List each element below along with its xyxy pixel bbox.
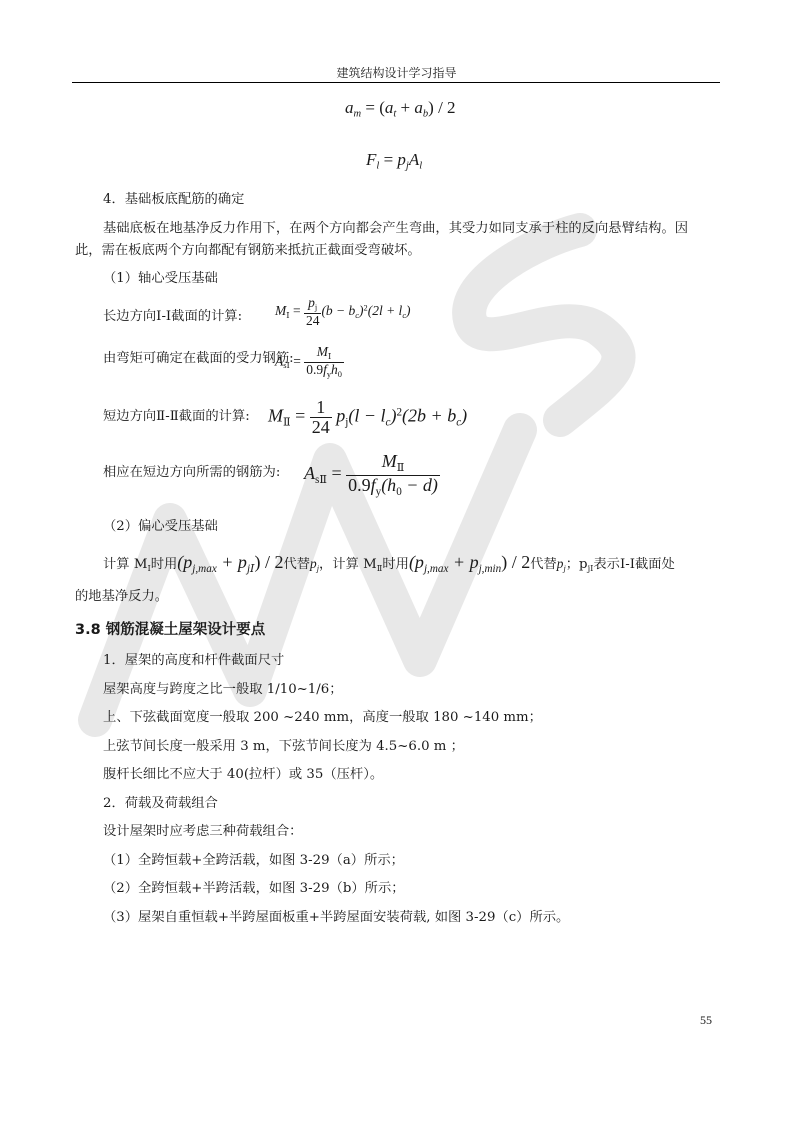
formula-m1: MⅠ = pj24(b − bc)2(2l + lc) [275,296,411,328]
paragraph-line: 上、下弦截面宽度一般取 200 ~240 mm，高度一般取 180 ~140 m… [103,709,542,727]
running-header: 建筑结构设计学习指导 [0,64,793,81]
list-item: （3）屋架自重恒载+半跨屋面板重+半跨屋面安装荷载, 如图 3-29（c）所示。 [103,909,569,927]
header-rule [72,82,720,83]
subsection-heading: 4．基础板底配筋的确定 [103,191,244,209]
paragraph-line: 屋架高度与跨度之比一般取 1/10~1/6； [103,681,343,699]
equation-am: am = (at + ab) / 2 [345,98,456,120]
formula-as1: AsⅠ = MⅠ0.9fyh0 [275,345,344,379]
paragraph-line: 的地基净反力。 [75,588,168,606]
subsection-heading: （2）偏心受压基础 [103,518,218,536]
equation-fl: Fl = pjAl [366,150,422,172]
formula-m2: MⅡ = 124 pj(l − lc)2(2b + bc) [268,398,467,437]
paragraph-line: 腹杆长细比不应大于 40(拉杆）或 35（压杆）。 [103,766,383,784]
paragraph-line: 基础底板在地基净反力作用下，在两个方向都会产生弯曲，其受力如同支承于柱的反向悬臂… [103,220,688,238]
subsection-heading: 1．屋架的高度和杆件截面尺寸 [103,652,284,670]
formula-label: 短边方向Ⅱ-Ⅱ截面的计算: [103,408,250,426]
document-page: 建筑结构设计学习指导 am = (at + ab) / 2 Fl = pjAl … [0,0,793,1122]
section-heading: 3.8 钢筋混凝土屋架设计要点 [75,618,265,639]
paragraph-line: 设计屋架时应考虑三种荷载组合： [103,823,302,841]
subsection-heading: （1）轴心受压基础 [103,270,218,288]
list-item: （1）全跨恒载+全跨活载，如图 3-29（a）所示； [103,852,404,870]
paragraph-line: 计算 MⅠ时用(pj,max + pjⅠ) / 2代替pj，计算 MⅡ时用(pj… [103,553,675,578]
formula-label: 由弯矩可确定在截面的受力钢筋: [103,350,294,368]
page-number: 55 [700,1013,712,1028]
subsection-heading: 2．荷载及荷载组合 [103,795,218,813]
formula-label: 相应在短边方向所需的钢筋为: [103,464,280,482]
list-item: （2）全跨恒载+半跨活载，如图 3-29（b）所示； [103,880,405,898]
formula-as2: AsⅡ = MⅡ0.9fy(h0 − d) [304,452,440,498]
paragraph-line: 上弦节间长度一般采用 3 m，下弦节间长度为 4.5~6.0 m ； [103,738,464,756]
paragraph-line: 此，需在板底两个方向都配有钢筋来抵抗正截面受弯破坏。 [75,242,421,260]
formula-label: 长边方向Ⅰ-Ⅰ截面的计算: [103,308,242,326]
